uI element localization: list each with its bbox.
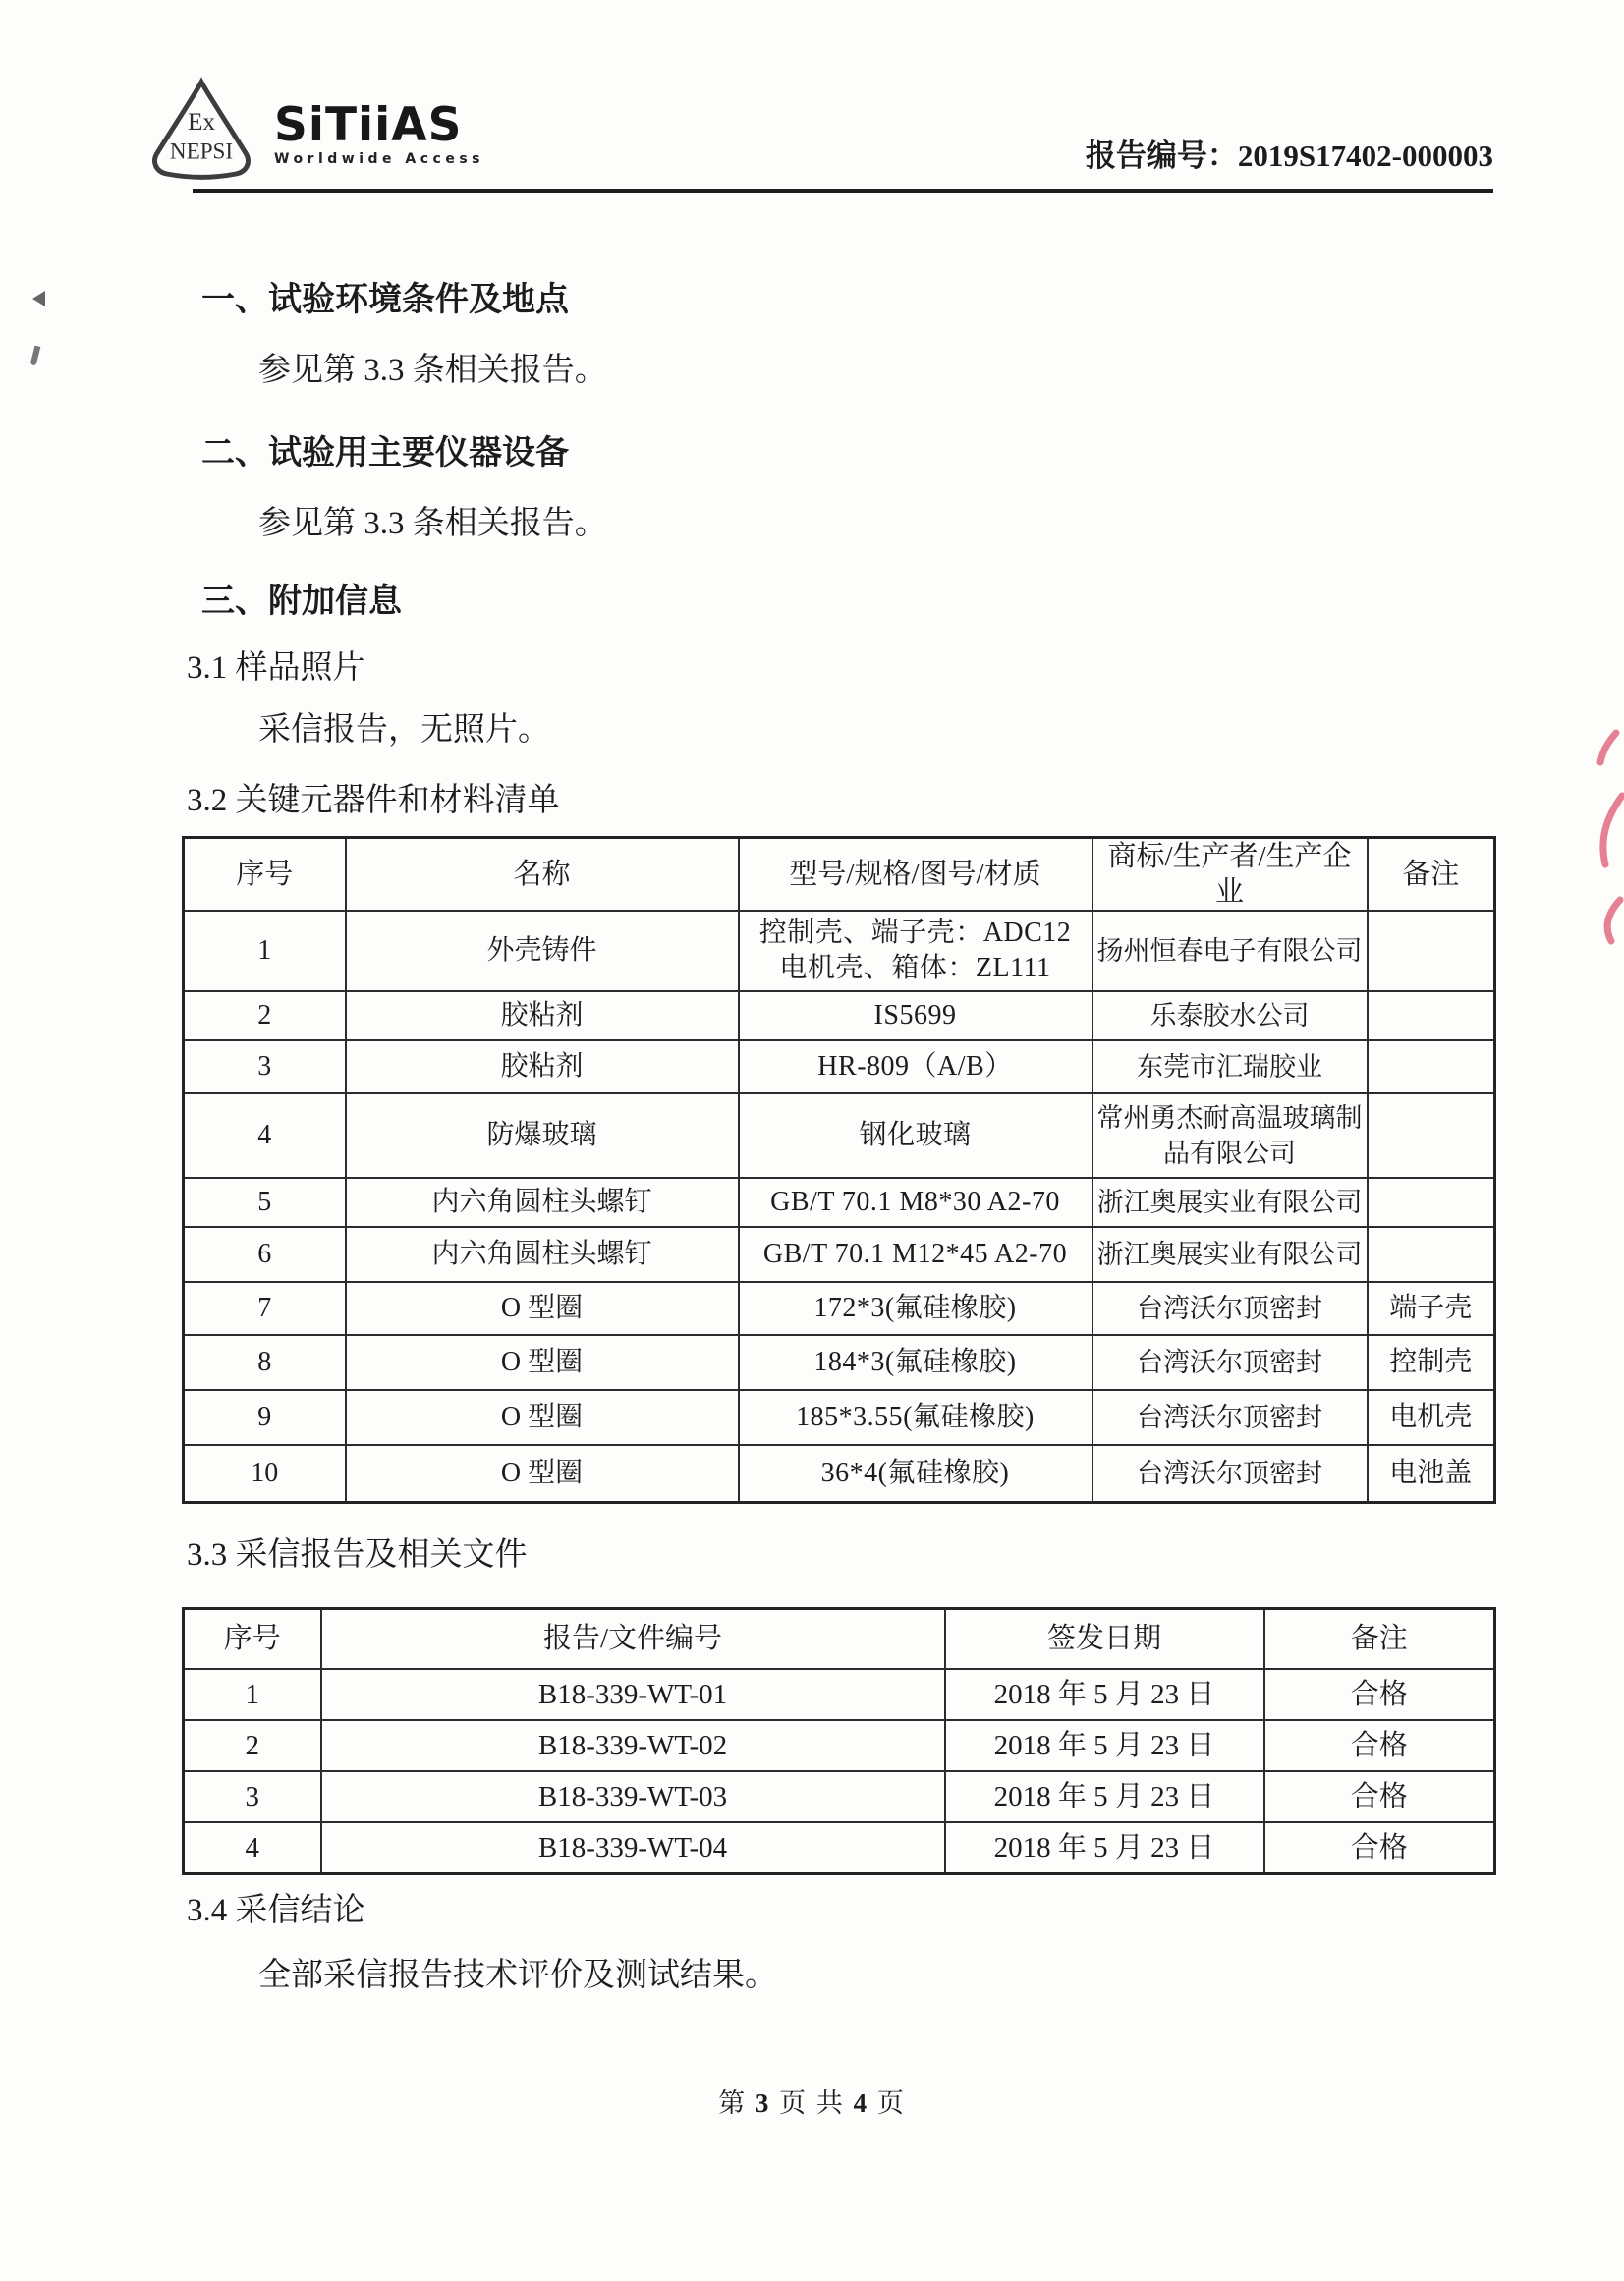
table-header-row: 序号 名称 型号/规格/图号/材质 商标/生产者/生产企业 备注 bbox=[184, 838, 1495, 912]
cell-spec: GB/T 70.1 M8*30 A2-70 bbox=[739, 1178, 1092, 1227]
cell-maker: 乐泰胶水公司 bbox=[1092, 991, 1368, 1040]
cell-note bbox=[1368, 991, 1495, 1040]
header-divider bbox=[193, 189, 1493, 193]
cell-note: 电机壳 bbox=[1368, 1390, 1495, 1445]
cell-maker: 浙江奥展实业有限公司 bbox=[1092, 1178, 1368, 1227]
col-header-doc: 报告/文件编号 bbox=[321, 1608, 945, 1669]
cell-no: 7 bbox=[184, 1282, 346, 1335]
col-header-no: 序号 bbox=[184, 838, 346, 912]
cell-date: 2018 年 5 月 23 日 bbox=[945, 1822, 1264, 1873]
brand-name: SiTiiAS bbox=[274, 102, 484, 149]
reports-table: 序号 报告/文件编号 签发日期 备注 1 B18-339-WT-01 2018 … bbox=[182, 1607, 1496, 1875]
spec-line: 控制壳、端子壳：ADC12 bbox=[744, 916, 1088, 951]
col-header-date: 签发日期 bbox=[945, 1608, 1264, 1669]
svg-text:Ex: Ex bbox=[188, 108, 215, 136]
section-1-body: 参见第 3.3 条相关报告。 bbox=[258, 349, 1624, 392]
cell-name: 胶粘剂 bbox=[346, 1040, 739, 1093]
brand-tagline: Worldwide Access bbox=[274, 151, 484, 167]
cell-maker: 台湾沃尔顶密封 bbox=[1092, 1282, 1368, 1335]
cell-note bbox=[1368, 1178, 1495, 1227]
table-row: 1 外壳铸件 控制壳、端子壳：ADC12 电机壳、箱体：ZL111 扬州恒春电子… bbox=[184, 911, 1495, 991]
cell-no: 8 bbox=[184, 1335, 346, 1390]
cell-maker: 浙江奥展实业有限公司 bbox=[1092, 1227, 1368, 1282]
col-header-no: 序号 bbox=[184, 1608, 321, 1669]
section-3-2-heading: 3.2 关键元器件和材料清单 bbox=[187, 779, 1624, 822]
col-header-spec: 型号/规格/图号/材质 bbox=[739, 838, 1092, 912]
table-row: 5 内六角圆柱头螺钉 GB/T 70.1 M8*30 A2-70 浙江奥展实业有… bbox=[184, 1178, 1495, 1227]
cell-no: 3 bbox=[184, 1771, 321, 1822]
footer-text: 页 共 bbox=[779, 2088, 845, 2118]
table-header-row: 序号 报告/文件编号 签发日期 备注 bbox=[184, 1608, 1495, 1669]
brand-block: SiTiiAS Worldwide Access bbox=[274, 102, 484, 167]
cell-date: 2018 年 5 月 23 日 bbox=[945, 1669, 1264, 1720]
cell-no: 1 bbox=[184, 911, 346, 991]
table-row: 2 B18-339-WT-02 2018 年 5 月 23 日 合格 bbox=[184, 1720, 1495, 1771]
cell-spec: 控制壳、端子壳：ADC12 电机壳、箱体：ZL111 bbox=[739, 911, 1092, 991]
cell-date: 2018 年 5 月 23 日 bbox=[945, 1771, 1264, 1822]
table-row: 4 B18-339-WT-04 2018 年 5 月 23 日 合格 bbox=[184, 1822, 1495, 1873]
cell-name: O 型圈 bbox=[346, 1445, 739, 1502]
cell-note: 控制壳 bbox=[1368, 1335, 1495, 1390]
scan-artifact bbox=[32, 291, 45, 306]
table-row: 4 防爆玻璃 钢化玻璃 常州勇杰耐高温玻璃制 品有限公司 bbox=[184, 1093, 1495, 1178]
table-row: 8 O 型圈 184*3(氟硅橡胶) 台湾沃尔顶密封 控制壳 bbox=[184, 1335, 1495, 1390]
table-row: 6 内六角圆柱头螺钉 GB/T 70.1 M12*45 A2-70 浙江奥展实业… bbox=[184, 1227, 1495, 1282]
col-header-maker: 商标/生产者/生产企业 bbox=[1092, 838, 1368, 912]
cell-no: 9 bbox=[184, 1390, 346, 1445]
cell-spec: IS5699 bbox=[739, 991, 1092, 1040]
section-3-heading: 三、附加信息 bbox=[201, 581, 1624, 624]
section-3-3-heading: 3.3 采信报告及相关文件 bbox=[187, 1533, 1624, 1577]
table-row: 3 胶粘剂 HR-809（A/B） 东莞市汇瑞胶业 bbox=[184, 1040, 1495, 1093]
footer-total-pages: 4 bbox=[854, 2088, 869, 2118]
cell-note: 端子壳 bbox=[1368, 1282, 1495, 1335]
section-3-4-heading: 3.4 采信结论 bbox=[187, 1889, 1624, 1932]
table-row: 9 O 型圈 185*3.55(氟硅橡胶) 台湾沃尔顶密封 电机壳 bbox=[184, 1390, 1495, 1445]
cell-maker: 东莞市汇瑞胶业 bbox=[1092, 1040, 1368, 1093]
cell-spec: 185*3.55(氟硅橡胶) bbox=[739, 1390, 1092, 1445]
report-number-value: 2019S17402-000003 bbox=[1238, 139, 1493, 173]
cell-maker: 台湾沃尔顶密封 bbox=[1092, 1335, 1368, 1390]
cell-doc: B18-339-WT-03 bbox=[321, 1771, 945, 1822]
col-header-name: 名称 bbox=[346, 838, 739, 912]
cell-note: 电池盖 bbox=[1368, 1445, 1495, 1502]
page-header: Ex NEPSI SiTiiAS Worldwide Access 报告编号：2… bbox=[142, 77, 1493, 185]
cell-no: 2 bbox=[184, 1720, 321, 1771]
cell-no: 3 bbox=[184, 1040, 346, 1093]
cell-name: 胶粘剂 bbox=[346, 991, 739, 1040]
report-number-label: 报告编号： bbox=[1086, 139, 1238, 173]
section-3-4-body: 全部采信报告技术评价及测试结果。 bbox=[258, 1954, 1624, 1997]
cell-name: 内六角圆柱头螺钉 bbox=[346, 1227, 739, 1282]
cell-maker: 台湾沃尔顶密封 bbox=[1092, 1445, 1368, 1502]
table-row: 3 B18-339-WT-03 2018 年 5 月 23 日 合格 bbox=[184, 1771, 1495, 1822]
cell-name: 防爆玻璃 bbox=[346, 1093, 739, 1178]
report-page: Ex NEPSI SiTiiAS Worldwide Access 报告编号：2… bbox=[0, 0, 1624, 2281]
cell-no: 10 bbox=[184, 1445, 346, 1502]
cell-date: 2018 年 5 月 23 日 bbox=[945, 1720, 1264, 1771]
svg-text:NEPSI: NEPSI bbox=[170, 139, 233, 164]
col-header-note: 备注 bbox=[1368, 838, 1495, 912]
page-footer: 第 3 页 共 4 页 bbox=[0, 2082, 1624, 2120]
red-stamp-fragment bbox=[1585, 725, 1624, 951]
cell-name: 外壳铸件 bbox=[346, 911, 739, 991]
cell-no: 2 bbox=[184, 991, 346, 1040]
footer-text: 第 bbox=[718, 2088, 747, 2118]
cell-doc: B18-339-WT-04 bbox=[321, 1822, 945, 1873]
cell-no: 6 bbox=[184, 1227, 346, 1282]
cell-no: 1 bbox=[184, 1669, 321, 1720]
maker-line: 常州勇杰耐高温玻璃制 bbox=[1097, 1100, 1363, 1136]
cell-no: 5 bbox=[184, 1178, 346, 1227]
cell-maker: 台湾沃尔顶密封 bbox=[1092, 1390, 1368, 1445]
section-1-heading: 一、试验环境条件及地点 bbox=[201, 279, 1624, 322]
cell-spec: 184*3(氟硅橡胶) bbox=[739, 1335, 1092, 1390]
cell-note: 合格 bbox=[1264, 1822, 1495, 1873]
cell-spec: 172*3(氟硅橡胶) bbox=[739, 1282, 1092, 1335]
cell-no: 4 bbox=[184, 1093, 346, 1178]
cell-spec: GB/T 70.1 M12*45 A2-70 bbox=[739, 1227, 1092, 1282]
cell-name: O 型圈 bbox=[346, 1335, 739, 1390]
section-3-1-body: 采信报告，无照片。 bbox=[258, 708, 1624, 751]
table-row: 7 O 型圈 172*3(氟硅橡胶) 台湾沃尔顶密封 端子壳 bbox=[184, 1282, 1495, 1335]
cell-note: 合格 bbox=[1264, 1720, 1495, 1771]
lab-logo: Ex NEPSI SiTiiAS Worldwide Access bbox=[142, 77, 484, 185]
report-number: 报告编号：2019S17402-000003 bbox=[1086, 131, 1493, 185]
maker-line: 品有限公司 bbox=[1097, 1136, 1363, 1171]
cell-doc: B18-339-WT-01 bbox=[321, 1669, 945, 1720]
cell-name: O 型圈 bbox=[346, 1390, 739, 1445]
cell-note bbox=[1368, 1227, 1495, 1282]
section-2-heading: 二、试验用主要仪器设备 bbox=[201, 432, 1624, 475]
footer-text: 页 bbox=[877, 2088, 906, 2118]
cell-note bbox=[1368, 1040, 1495, 1093]
cell-spec: 钢化玻璃 bbox=[739, 1093, 1092, 1178]
table-row: 1 B18-339-WT-01 2018 年 5 月 23 日 合格 bbox=[184, 1669, 1495, 1720]
cell-name: O 型圈 bbox=[346, 1282, 739, 1335]
footer-page-number: 3 bbox=[756, 2088, 771, 2118]
cell-name: 内六角圆柱头螺钉 bbox=[346, 1178, 739, 1227]
col-header-note: 备注 bbox=[1264, 1608, 1495, 1669]
spec-line: 电机壳、箱体：ZL111 bbox=[744, 951, 1088, 986]
cell-spec: HR-809（A/B） bbox=[739, 1040, 1092, 1093]
cell-note: 合格 bbox=[1264, 1669, 1495, 1720]
components-table: 序号 名称 型号/规格/图号/材质 商标/生产者/生产企业 备注 1 外壳铸件 … bbox=[182, 836, 1496, 1504]
section-2-body: 参见第 3.3 条相关报告。 bbox=[258, 502, 1624, 545]
cell-note: 合格 bbox=[1264, 1771, 1495, 1822]
nepsi-ex-mark-icon: Ex NEPSI bbox=[142, 77, 260, 185]
section-3-1-heading: 3.1 样品照片 bbox=[187, 646, 1624, 690]
cell-note bbox=[1368, 1093, 1495, 1178]
table-row: 10 O 型圈 36*4(氟硅橡胶) 台湾沃尔顶密封 电池盖 bbox=[184, 1445, 1495, 1502]
scan-artifact bbox=[30, 346, 41, 366]
cell-spec: 36*4(氟硅橡胶) bbox=[739, 1445, 1092, 1502]
cell-maker: 扬州恒春电子有限公司 bbox=[1092, 911, 1368, 991]
table-row: 2 胶粘剂 IS5699 乐泰胶水公司 bbox=[184, 991, 1495, 1040]
cell-no: 4 bbox=[184, 1822, 321, 1873]
cell-maker: 常州勇杰耐高温玻璃制 品有限公司 bbox=[1092, 1093, 1368, 1178]
cell-note bbox=[1368, 911, 1495, 991]
cell-doc: B18-339-WT-02 bbox=[321, 1720, 945, 1771]
